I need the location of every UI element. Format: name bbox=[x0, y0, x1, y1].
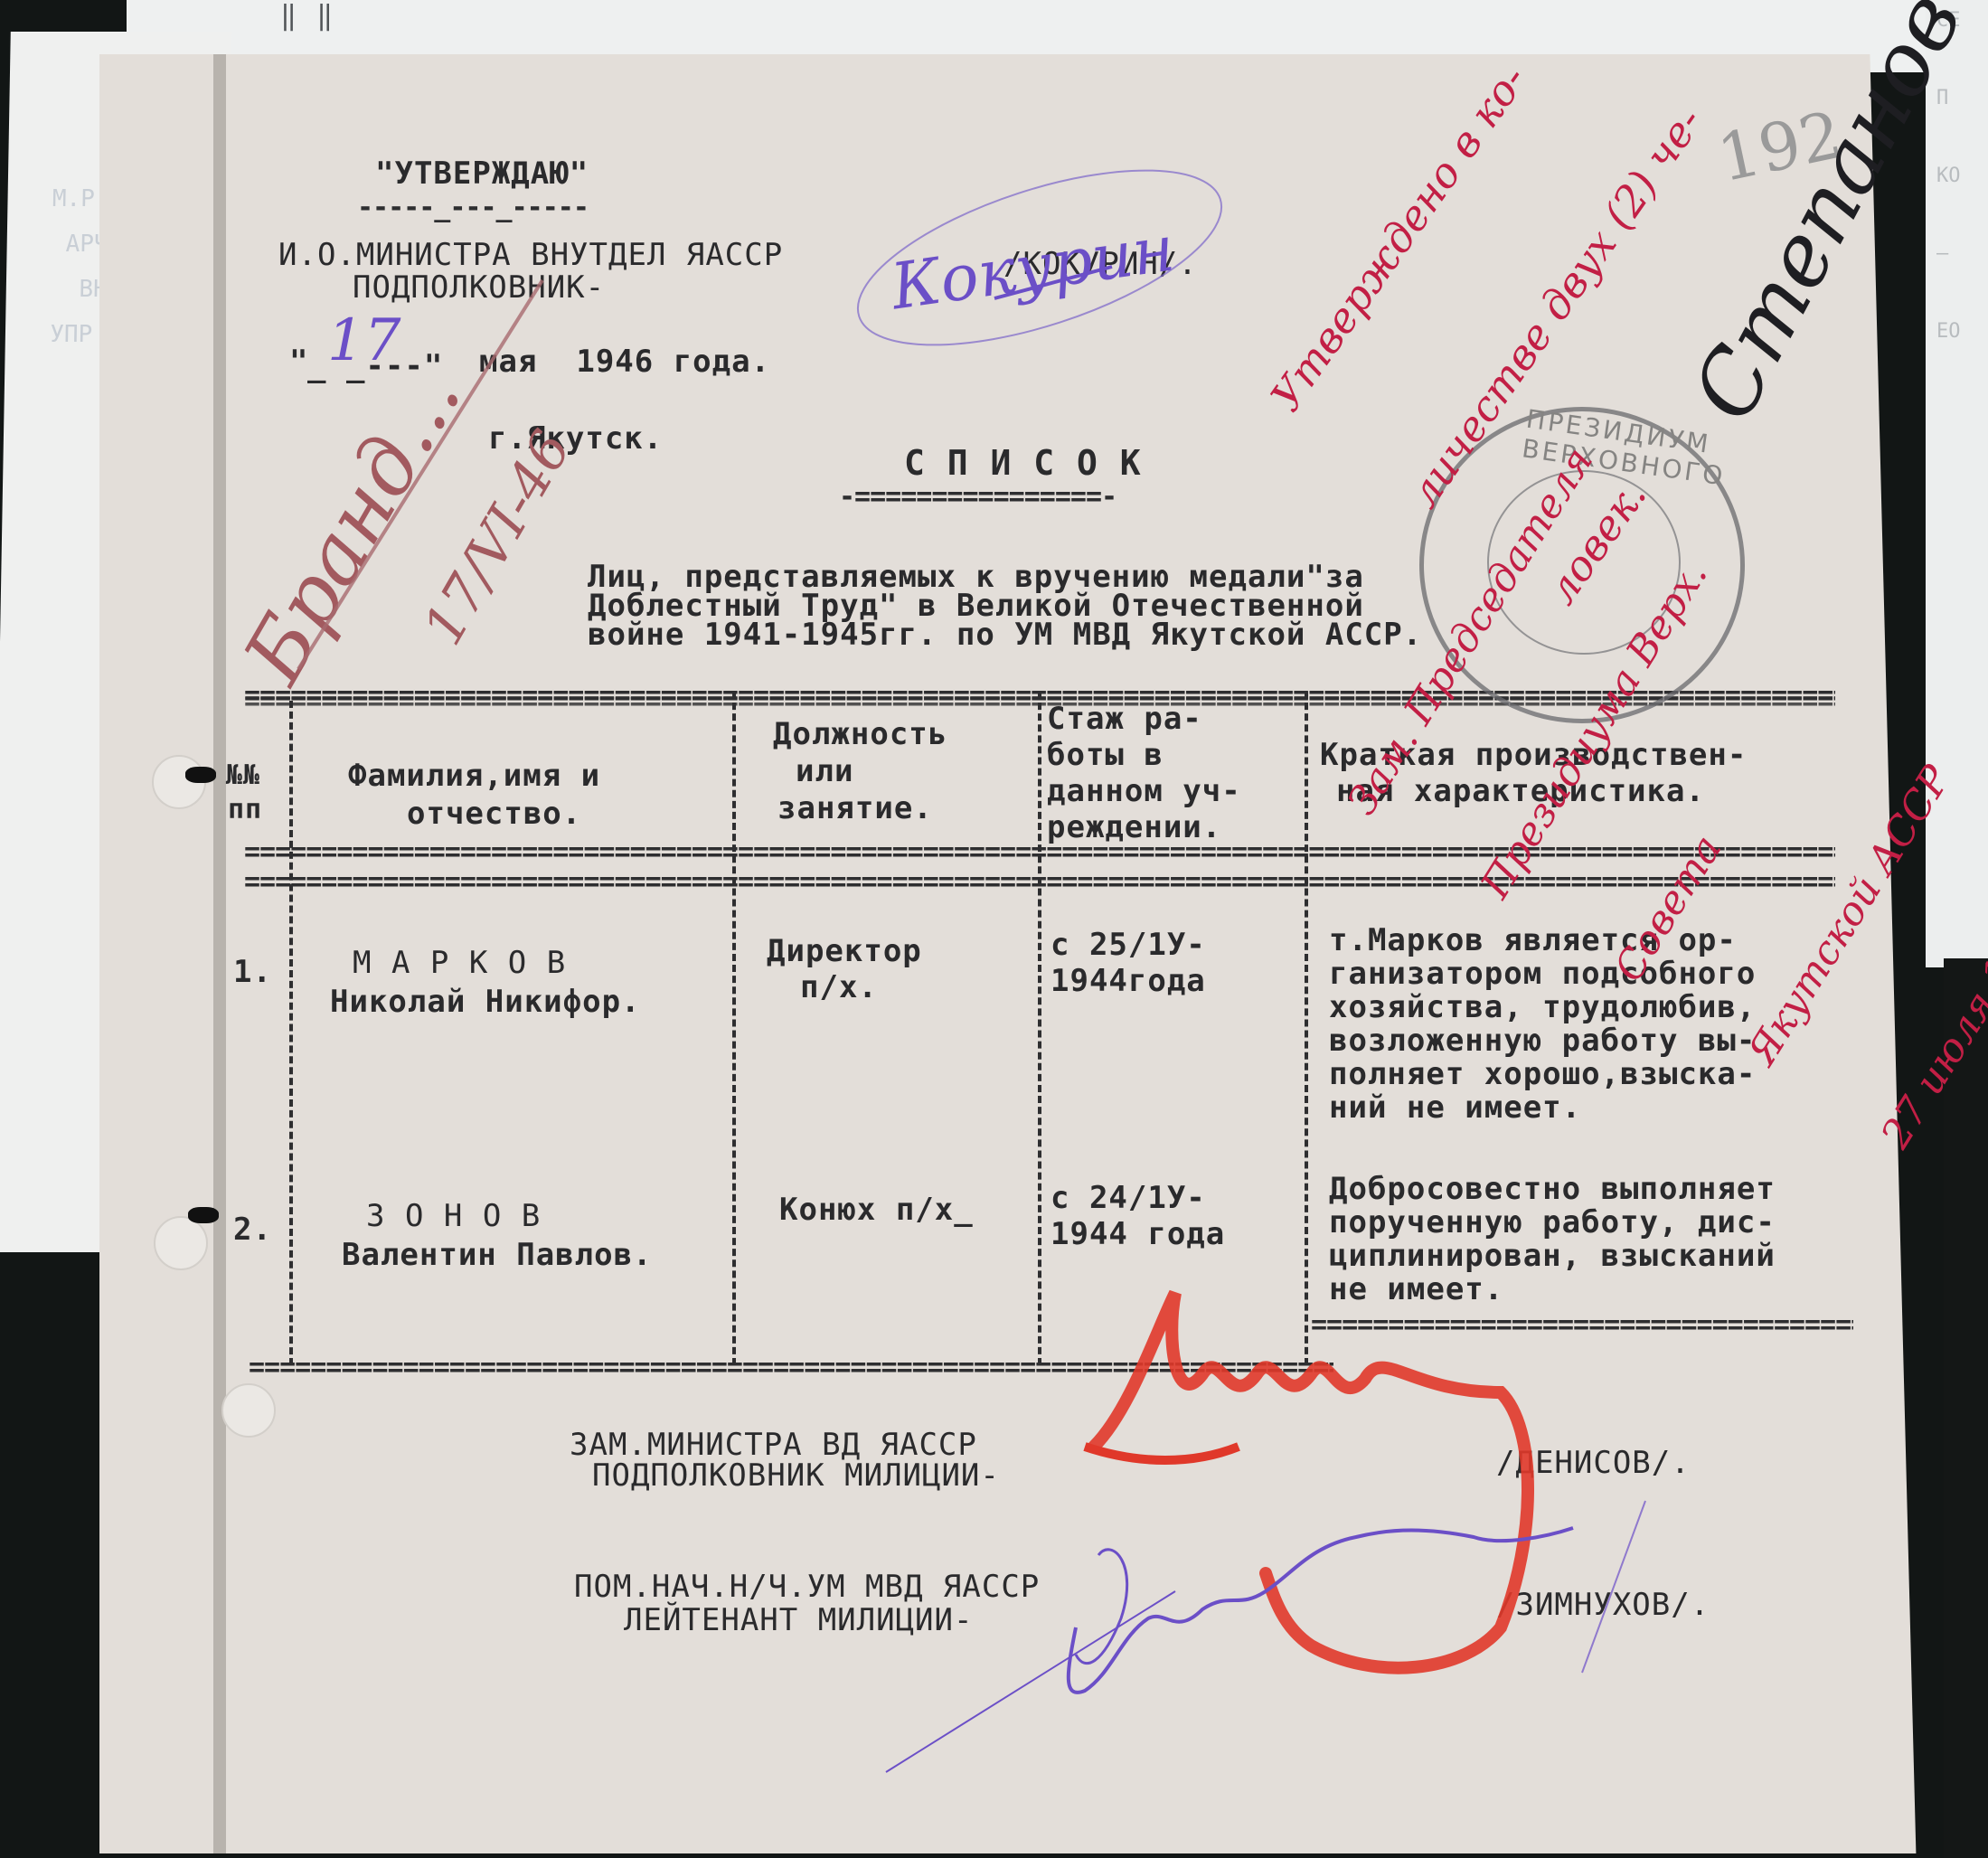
handwriting-strokes bbox=[0, 0, 1988, 1858]
